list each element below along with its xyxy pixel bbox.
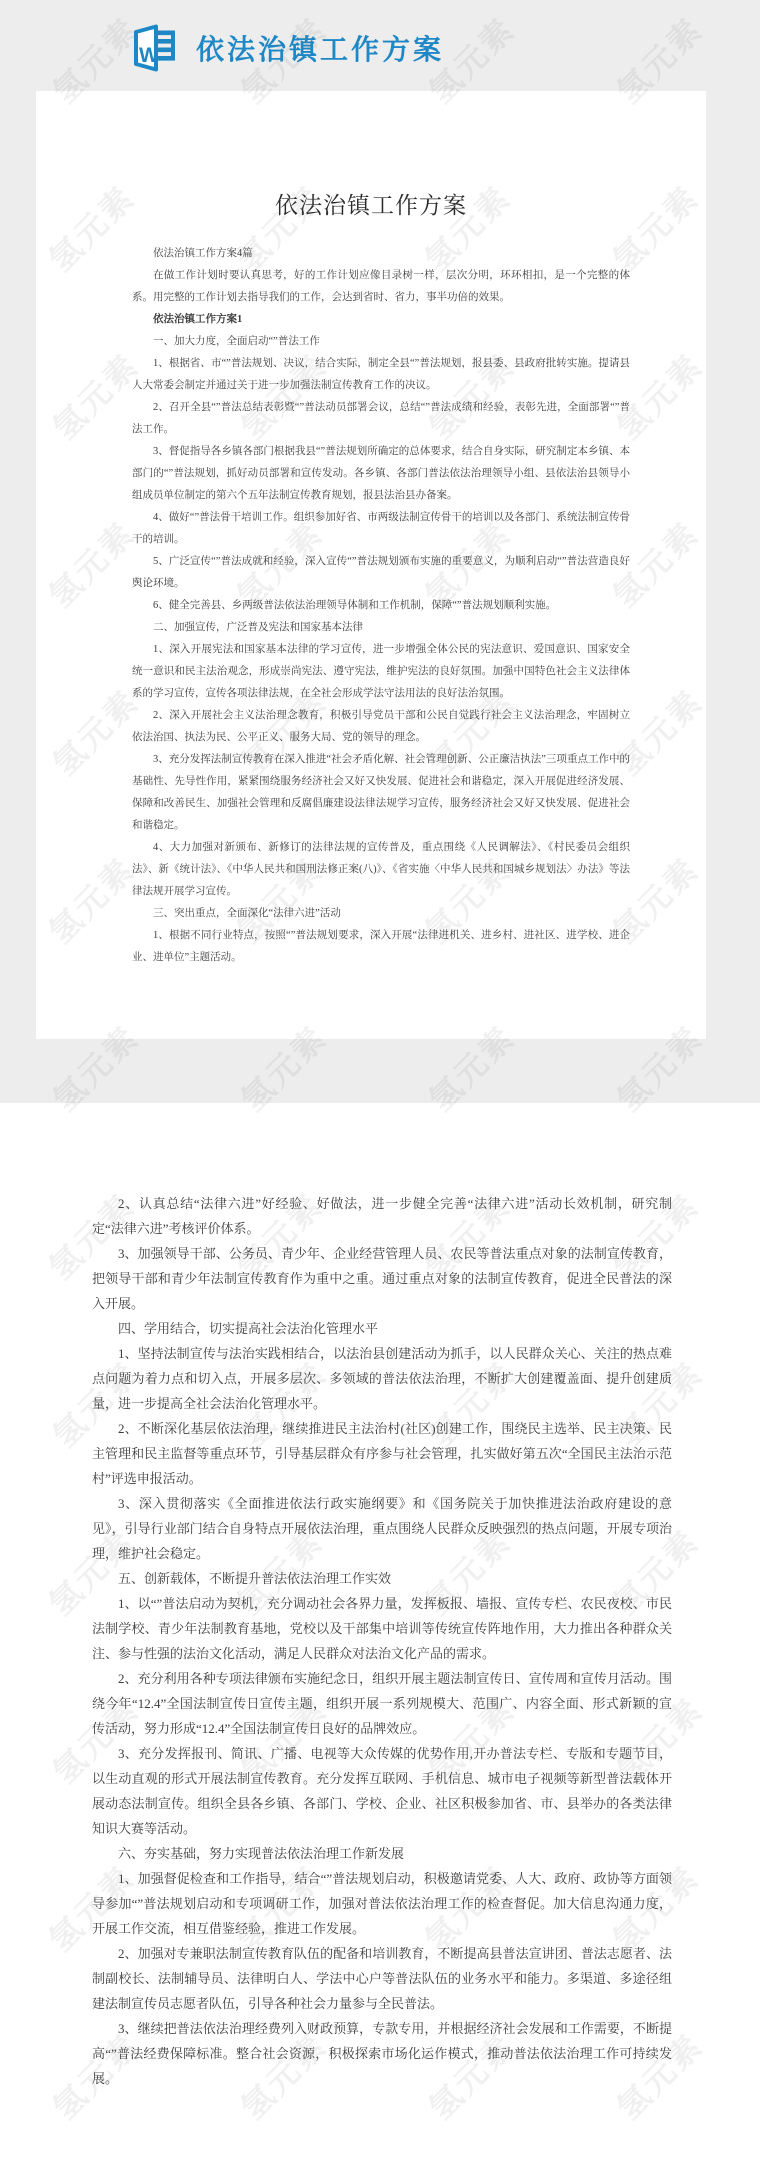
doc-paragraph: 五、创新载体，不断提升普法依法治理工作实效 — [92, 1566, 672, 1591]
doc-paragraph: 1、坚持法制宣传与法治实践相结合，以法治县创建活动为抓手，以人民群众关心、关注的… — [92, 1341, 672, 1416]
doc-paragraph: 一、加大力度，全面启动“”普法工作 — [132, 331, 630, 353]
page1-body: 依法治镇工作方案4篇在做工作计划时要认真思考，好的工作计划应像目录树一样，层次分… — [132, 243, 630, 969]
doc-paragraph: 3、督促指导各乡镇各部门根据我县“”普法规划所确定的总体要求，结合自身实际，研究… — [132, 441, 630, 507]
doc-paragraph: 2、深入开展社会主义法治理念教育，积极引导党员干部和公民自觉践行社会主义法治理念… — [132, 705, 630, 749]
doc-paragraph: 六、夯实基础，努力实现普法依法治理工作新发展 — [92, 1841, 672, 1866]
doc-paragraph: 2、加强对专兼职法制宣传教育队伍的配备和培训教育，不断提高县普法宣讲团、普法志愿… — [92, 1941, 672, 2016]
doc-paragraph: 2、认真总结“法律六进”好经验、好做法，进一步健全完善“法律六进”活动长效机制，… — [92, 1191, 672, 1241]
doc-paragraph: 3、充分发挥报刊、简讯、广播、电视等大众传媒的优势作用,开办普法专栏、专版和专题… — [92, 1741, 672, 1841]
doc-paragraph: 1、深入开展宪法和国家基本法律的学习宣传，进一步增强全体公民的宪法意识、爱国意识… — [132, 639, 630, 705]
doc-paragraph: 2、召开全县“”普法总结表彰暨“”普法动员部署会议，总结“”普法成绩和经验，表彰… — [132, 397, 630, 441]
svg-text:W: W — [139, 44, 159, 67]
doc-paragraph: 4、大力加强对新颁布、新修订的法律法规的宣传普及，重点围绕《人民调解法》、《村民… — [132, 837, 630, 903]
page-title: 依法治镇工作方案 — [196, 28, 444, 68]
word-doc-icon: W — [128, 22, 180, 74]
doc-paragraph: 二、加强宣传，广泛普及宪法和国家基本法律 — [132, 617, 630, 639]
doc-paragraph: 在做工作计划时要认真思考，好的工作计划应像目录树一样，层次分明，环环相扣，是一个… — [132, 265, 630, 309]
doc-paragraph: 三、突出重点，全面深化“法律六进”活动 — [132, 903, 630, 925]
doc-paragraph: 1、以“”普法启动为契机，充分调动社会各界力量，发挥板报、墙报、宣传专栏、农民夜… — [92, 1591, 672, 1666]
site-header: W 依法治镇工作方案 — [128, 22, 444, 74]
doc-paragraph: 4、做好“”普法骨干培训工作。组织参加好省、市两级法制宣传骨干的培训以及各部门、… — [132, 507, 630, 551]
doc-paragraph: 1、根据不同行业特点，按照“”普法规划要求，深入开展“法律进机关、进乡村、进社区… — [132, 925, 630, 969]
doc-paragraph: 1、根据省、市“”普法规划、决议，结合实际，制定全县“”普法规划，报县委、县政府… — [132, 353, 630, 397]
doc-paragraph: 2、不断深化基层依法治理，继续推进民主法治村(社区)创建工作，围绕民主选举、民主… — [92, 1416, 672, 1491]
doc-subtitle: 依法治镇工作方案1 — [132, 309, 630, 331]
document-title: 依法治镇工作方案 — [36, 91, 706, 221]
doc-paragraph: 3、继续把普法依法治理经费列入财政预算，专款专用，并根据经济社会发展和工作需要，… — [92, 2016, 672, 2091]
doc-paragraph: 依法治镇工作方案4篇 — [132, 243, 630, 265]
doc-paragraph: 2、充分利用各种专项法律颁布实施纪念日，组织开展主题法制宣传日、宣传周和宣传月活… — [92, 1666, 672, 1741]
page2-body: 2、认真总结“法律六进”好经验、好做法，进一步健全完善“法律六进”活动长效机制，… — [0, 1103, 760, 2091]
doc-paragraph: 四、学用结合，切实提高社会法治化管理水平 — [92, 1316, 672, 1341]
doc-paragraph: 5、广泛宣传“”普法成就和经验，深入宣传“”普法规划颁布实施的重要意义，为顺利启… — [132, 551, 630, 595]
page-background: { "header": { "title": "依法治镇工作方案", "acce… — [0, 0, 760, 2178]
doc-paragraph: 6、健全完善县、乡两级普法依法治理领导体制和工作机制，保障“”普法规划顺利实施。 — [132, 595, 630, 617]
doc-paragraph: 1、加强督促检查和工作指导，结合“”普法规划启动，积极邀请党委、人大、政府、政协… — [92, 1866, 672, 1941]
doc-paragraph: 3、深入贯彻落实《全面推进依法行政实施纲要》和《国务院关于加快推进法治政府建设的… — [92, 1491, 672, 1566]
doc-paragraph: 3、充分发挥法制宣传教育在深入推进“社会矛盾化解、社会管理创新、公正廉洁执法”三… — [132, 749, 630, 837]
doc-paragraph: 3、加强领导干部、公务员、青少年、企业经营管理人员、农民等普法重点对象的法制宣传… — [92, 1241, 672, 1316]
document-page-1: 依法治镇工作方案 依法治镇工作方案4篇在做工作计划时要认真思考，好的工作计划应像… — [36, 91, 706, 1039]
document-page-2: 2、认真总结“法律六进”好经验、好做法，进一步健全完善“法律六进”活动长效机制，… — [0, 1103, 760, 2178]
